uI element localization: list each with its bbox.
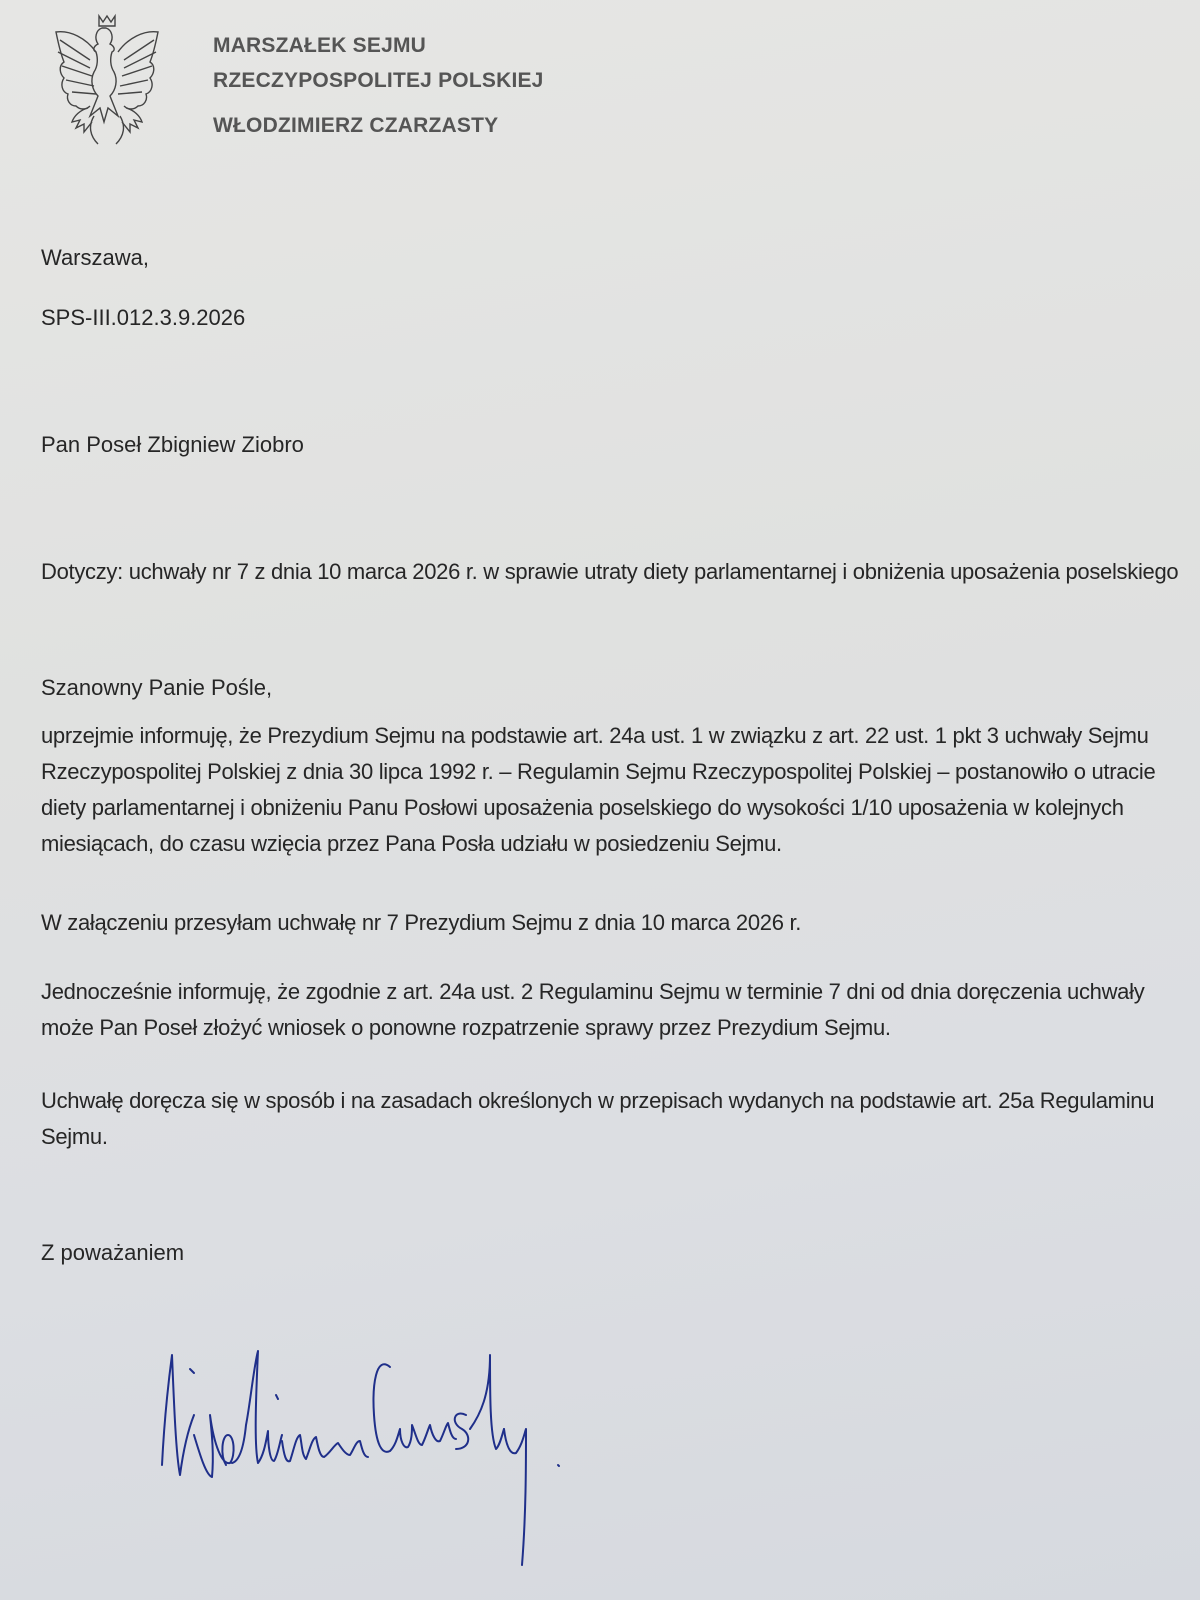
handwritten-signature <box>150 1345 800 1575</box>
recipient: Pan Poseł Zbigniew Ziobro <box>41 427 304 463</box>
subject-line: Dotyczy: uchwały nr 7 z dnia 10 marca 20… <box>41 554 1181 590</box>
marshal-name: WŁODZIMIERZ CZARZASTY <box>213 114 498 138</box>
polish-eagle-emblem-icon <box>44 12 170 152</box>
office-title-line-2: RZECZYPOSPOLITEJ POLSKIEJ <box>213 69 544 93</box>
reference-number: SPS-III.012.3.9.2026 <box>41 300 245 336</box>
paragraph-attachment: W załączeniu przesyłam uchwałę nr 7 Prez… <box>41 905 1181 941</box>
salutation: Szanowny Panie Pośle, <box>41 670 272 706</box>
paragraph-decision: uprzejmie informuję, że Prezydium Sejmu … <box>41 718 1181 862</box>
office-title-line-1: MARSZAŁEK SEJMU <box>213 34 426 58</box>
paragraph-delivery: Uchwałę doręcza się w sposób i na zasada… <box>41 1083 1181 1155</box>
place: Warszawa, <box>41 240 149 276</box>
paragraph-appeal: Jednocześnie informuję, że zgodnie z art… <box>41 974 1181 1046</box>
closing: Z poważaniem <box>41 1235 184 1271</box>
